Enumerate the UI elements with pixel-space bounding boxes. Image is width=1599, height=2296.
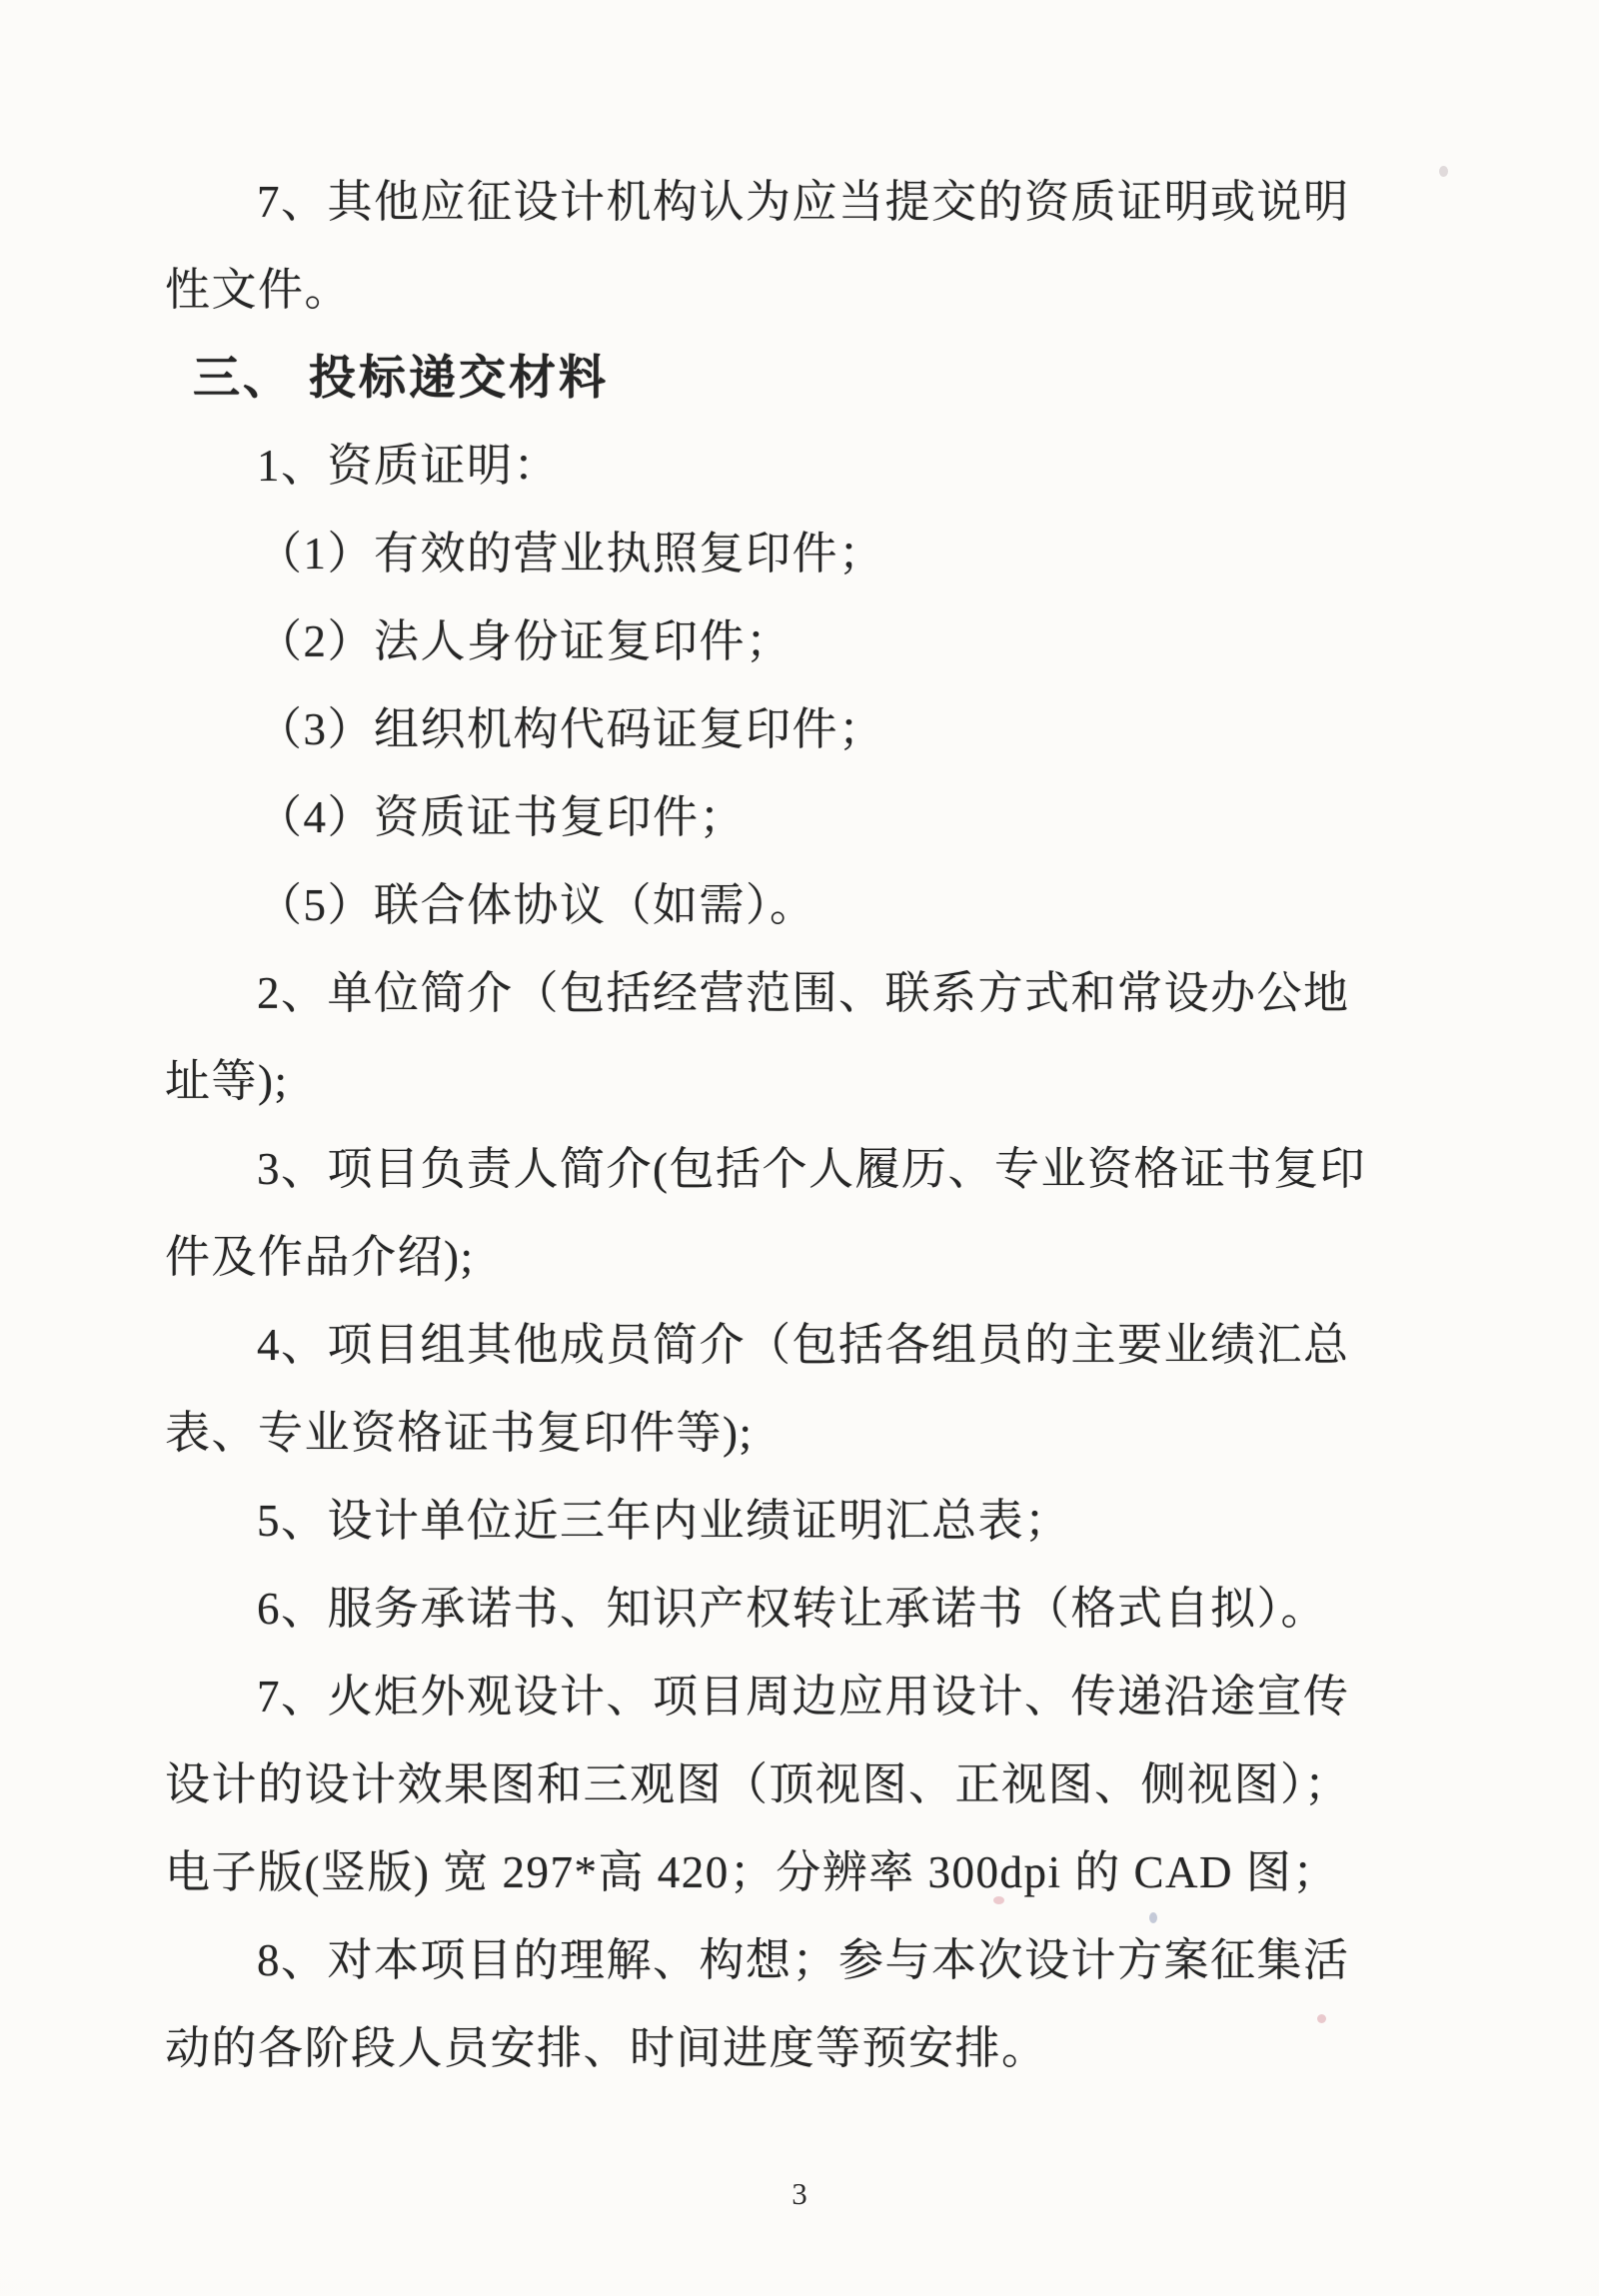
document-body: 7、其他应征设计机构认为应当提交的资质证明或说明性文件。三、 投标递交材料1、资…	[165, 158, 1469, 2092]
paragraph: 5、设计单位近三年内业绩证明汇总表；	[165, 1477, 1469, 1565]
paragraph: （2）法人身份证复印件；	[165, 597, 1469, 685]
text-line: （3）组织机构代码证复印件；	[165, 685, 1469, 773]
text-line: 7、其他应征设计机构认为应当提交的资质证明或说明	[165, 158, 1469, 246]
text-line: 动的各阶段人员安排、时间进度等预安排。	[165, 2004, 1469, 2092]
paragraph: 8、对本项目的理解、构想；参与本次设计方案征集活动的各阶段人员安排、时间进度等预…	[165, 1916, 1469, 2092]
text-line: 3、项目负责人简介(包括个人履历、专业资格证书复印	[165, 1125, 1469, 1213]
paragraph: 1、资质证明：	[165, 422, 1469, 510]
text-line: 件及作品介绍);	[165, 1213, 1469, 1301]
page-number: 3	[0, 2176, 1599, 2212]
paragraph: （4）资质证书复印件；	[165, 773, 1469, 861]
paragraph: 4、项目组其他成员简介（包括各组员的主要业绩汇总表、专业资格证书复印件等);	[165, 1301, 1469, 1477]
text-line: 1、资质证明：	[165, 422, 1469, 510]
text-line: 性文件。	[165, 246, 1469, 334]
text-line: 设计的设计效果图和三观图（顶视图、正视图、侧视图）；	[165, 1740, 1469, 1828]
text-line: 三、 投标递交材料	[165, 334, 1469, 422]
text-line: 5、设计单位近三年内业绩证明汇总表；	[165, 1477, 1469, 1565]
text-line: 址等);	[165, 1037, 1469, 1125]
scan-speck	[1149, 1912, 1157, 1923]
text-line: 表、专业资格证书复印件等);	[165, 1389, 1469, 1477]
scan-speck	[1317, 2014, 1326, 2023]
paragraph: 3、项目负责人简介(包括个人履历、专业资格证书复印件及作品介绍);	[165, 1125, 1469, 1301]
text-line: 8、对本项目的理解、构想；参与本次设计方案征集活	[165, 1916, 1469, 2004]
paragraph: 6、服务承诺书、知识产权转让承诺书（格式自拟）。	[165, 1565, 1469, 1653]
paragraph: （3）组织机构代码证复印件；	[165, 685, 1469, 773]
paragraph: （5）联合体协议（如需）。	[165, 861, 1469, 949]
text-line: （4）资质证书复印件；	[165, 773, 1469, 861]
paragraph: （1）有效的营业执照复印件；	[165, 510, 1469, 597]
text-line: 7、火炬外观设计、项目周边应用设计、传递沿途宣传	[165, 1653, 1469, 1740]
scan-speck	[993, 1896, 1004, 1904]
text-line: （2）法人身份证复印件；	[165, 597, 1469, 685]
text-line: （1）有效的营业执照复印件；	[165, 510, 1469, 597]
scanned-document-page: 7、其他应征设计机构认为应当提交的资质证明或说明性文件。三、 投标递交材料1、资…	[0, 0, 1599, 2296]
text-line: 6、服务承诺书、知识产权转让承诺书（格式自拟）。	[165, 1565, 1469, 1653]
text-line: 2、单位简介（包括经营范围、联系方式和常设办公地	[165, 949, 1469, 1037]
paragraph: 2、单位简介（包括经营范围、联系方式和常设办公地址等);	[165, 949, 1469, 1125]
text-line: 4、项目组其他成员简介（包括各组员的主要业绩汇总	[165, 1301, 1469, 1389]
scan-speck	[1439, 166, 1448, 177]
section-heading: 三、 投标递交材料	[165, 334, 1469, 422]
text-line: 电子版(竖版) 宽 297*高 420；分辨率 300dpi 的 CAD 图；	[165, 1828, 1469, 1916]
text-line: （5）联合体协议（如需）。	[165, 861, 1469, 949]
paragraph: 7、其他应征设计机构认为应当提交的资质证明或说明性文件。	[165, 158, 1469, 334]
paragraph: 7、火炬外观设计、项目周边应用设计、传递沿途宣传设计的设计效果图和三观图（顶视图…	[165, 1653, 1469, 1916]
